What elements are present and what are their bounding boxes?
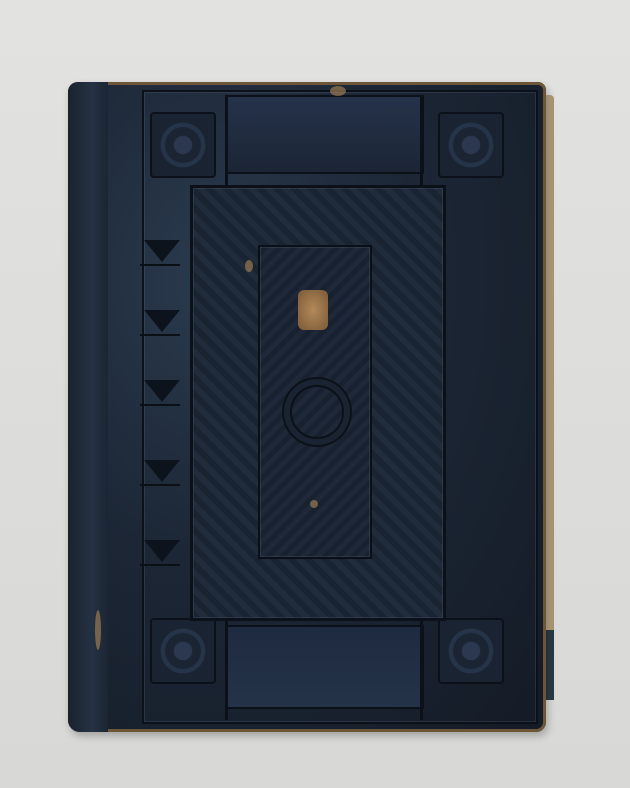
corner-ornament-top-right	[438, 112, 504, 178]
wear-spot	[245, 260, 253, 272]
bottom-band	[225, 625, 424, 709]
corner-ornament-top-left	[150, 112, 216, 178]
spine-edge	[68, 82, 108, 732]
spine-chevron	[140, 380, 180, 406]
worn-boss	[298, 290, 328, 330]
center-rosette	[290, 385, 344, 439]
spine-chevron	[140, 310, 180, 336]
top-band	[225, 95, 424, 174]
spine-chevron	[140, 460, 180, 486]
corner-ornament-bottom-left	[150, 618, 216, 684]
wear-spot	[95, 610, 101, 650]
corner-ornament-bottom-right	[438, 618, 504, 684]
wear-spot	[310, 500, 318, 508]
spine-chevron	[140, 540, 180, 566]
wear-spot	[330, 86, 346, 96]
spine-chevron	[140, 240, 180, 266]
